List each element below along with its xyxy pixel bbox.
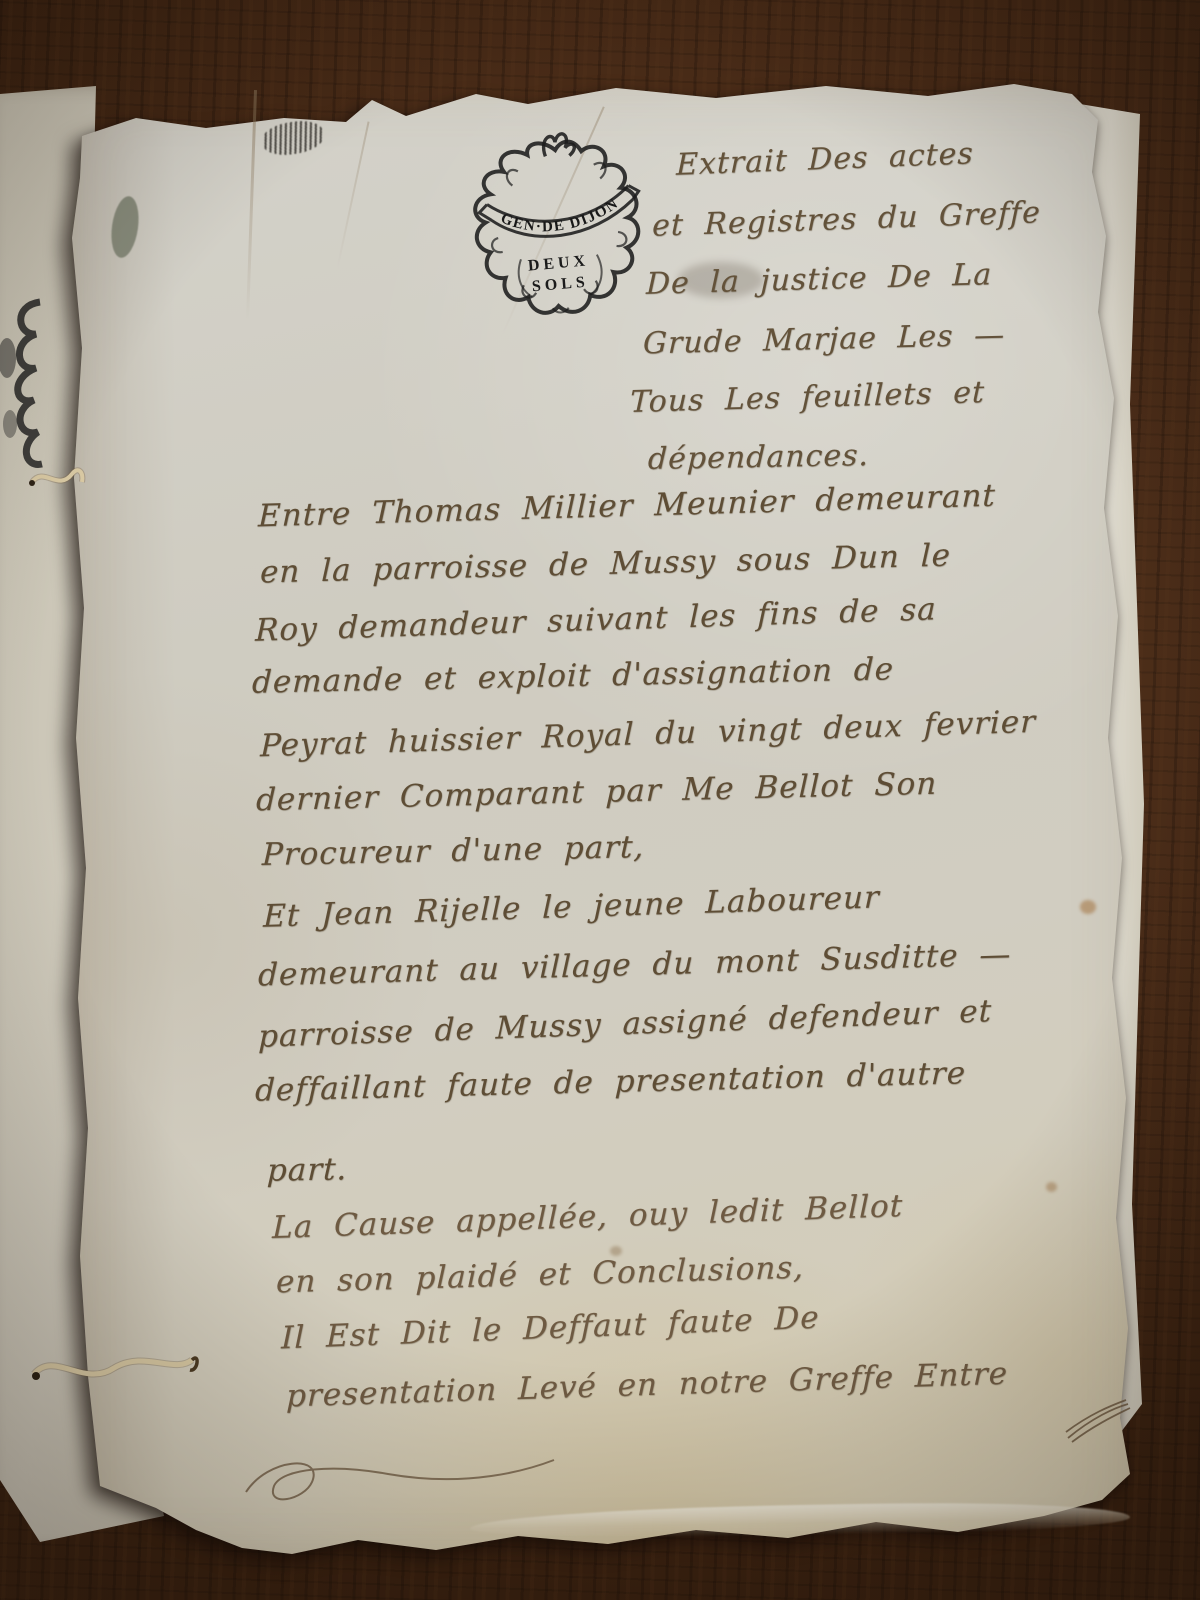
handwritten-line: dépendances. bbox=[647, 438, 869, 477]
stamp-value-text-2: SOLS bbox=[531, 273, 589, 295]
stamp-value-text-1: DEUX bbox=[527, 252, 590, 274]
foxing-spot bbox=[1080, 900, 1096, 914]
stamp-banner-text: GEN·DE DIJON bbox=[497, 195, 622, 237]
pen-flourish bbox=[238, 1452, 558, 1522]
manuscript-photo-scene: GEN·DE DIJON DEUX SOLS Extrait Des actes… bbox=[0, 0, 1200, 1600]
fiscal-stamp-dijon: GEN·DE DIJON DEUX SOLS bbox=[454, 123, 661, 340]
binding-thread-icon bbox=[24, 1330, 204, 1410]
foxing-spot bbox=[1046, 1182, 1057, 1192]
pen-flourish-feather bbox=[1062, 1398, 1132, 1444]
binding-thread-icon bbox=[24, 452, 94, 512]
handwritten-line: part. bbox=[266, 1151, 348, 1188]
